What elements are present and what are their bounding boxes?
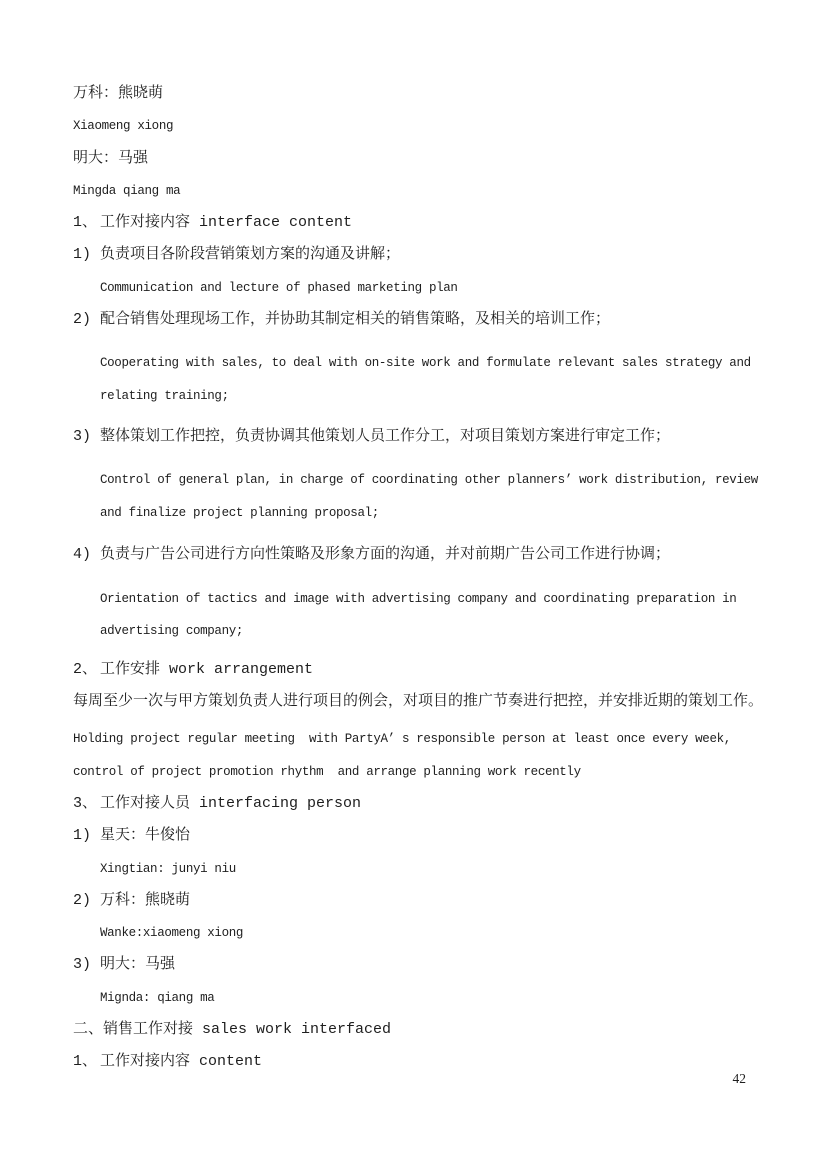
work-arrangement-body-en-line1: Holding project regular meeting with Par… bbox=[73, 723, 751, 755]
heading-sales-content: 1、 工作对接内容 content bbox=[73, 1046, 751, 1078]
heading-sales-work-number: 二、 bbox=[73, 1014, 103, 1046]
work-arrangement-body-en-line2: control of project promotion rhythm and … bbox=[73, 756, 751, 788]
interface-item-4-text-en-line2: advertising company; bbox=[100, 615, 751, 647]
interface-item-3-text-en-line2: and finalize project planning proposal; bbox=[100, 497, 751, 529]
contact-wanke-en: Xiaomeng xiong bbox=[73, 110, 751, 142]
person-2-name-en: Wanke:xiaomeng xiong bbox=[100, 917, 751, 949]
person-3-name-cn: 明大：马强 bbox=[100, 949, 751, 981]
contact-mingda-en: Mingda qiang ma bbox=[73, 175, 751, 207]
person-2-name-cn: 万科：熊晓萌 bbox=[100, 885, 751, 917]
person-1-name-cn: 星天：牛俊怡 bbox=[100, 820, 751, 852]
work-arrangement-body-cn: 每周至少一次与甲方策划负责人进行项目的例会，对项目的推广节奏进行把控，并安排近期… bbox=[73, 686, 751, 718]
contact-wanke-cn: 万科：熊晓萌 bbox=[73, 78, 751, 110]
person-2-cn: 2) 万科：熊晓萌 bbox=[73, 885, 751, 917]
interface-item-2-text-en-line2: relating training; bbox=[100, 380, 751, 412]
heading-interfacing-person-label: 工作对接人员 interfacing person bbox=[100, 788, 751, 820]
interface-item-3-cn: 3) 整体策划工作把控，负责协调其他策划人员工作分工，对项目策划方案进行审定工作… bbox=[73, 421, 751, 453]
interface-item-4-text-cn: 负责与广告公司进行方向性策略及形象方面的沟通，并对前期广告公司工作进行协调； bbox=[100, 539, 751, 571]
heading-sales-content-number: 1、 bbox=[73, 1046, 100, 1078]
interface-item-4-cn: 4) 负责与广告公司进行方向性策略及形象方面的沟通，并对前期广告公司工作进行协调… bbox=[73, 539, 751, 571]
heading-interface-content: 1、 工作对接内容 interface content bbox=[73, 207, 751, 239]
person-3-number: 3) bbox=[73, 949, 100, 981]
heading-work-arrangement: 2、 工作安排 work arrangement bbox=[73, 654, 751, 686]
heading-interfacing-person-number: 3、 bbox=[73, 788, 100, 820]
interface-item-2-number: 2) bbox=[73, 304, 100, 336]
interface-item-4-number: 4) bbox=[73, 539, 100, 571]
interface-item-3-text-cn: 整体策划工作把控，负责协调其他策划人员工作分工，对项目策划方案进行审定工作； bbox=[100, 421, 751, 453]
heading-work-arrangement-label: 工作安排 work arrangement bbox=[100, 654, 751, 686]
person-1-cn: 1) 星天：牛俊怡 bbox=[73, 820, 751, 852]
heading-interface-content-label: 工作对接内容 interface content bbox=[100, 207, 751, 239]
heading-sales-content-label: 工作对接内容 content bbox=[100, 1046, 751, 1078]
person-3-name-en: Mignda: qiang ma bbox=[100, 982, 751, 1014]
interface-item-4-text-en-line1: Orientation of tactics and image with ad… bbox=[100, 583, 751, 615]
document-body: 万科：熊晓萌 Xiaomeng xiong 明大：马强 Mingda qiang… bbox=[73, 78, 751, 1079]
page-number: 42 bbox=[733, 1071, 747, 1087]
person-1-number: 1) bbox=[73, 820, 100, 852]
interface-item-2-text-en-line1: Cooperating with sales, to deal with on-… bbox=[100, 347, 751, 379]
person-3-cn: 3) 明大：马强 bbox=[73, 949, 751, 981]
interface-item-1-text-en: Communication and lecture of phased mark… bbox=[100, 272, 751, 304]
heading-work-arrangement-number: 2、 bbox=[73, 654, 100, 686]
interface-item-1-text-cn: 负责项目各阶段营销策划方案的沟通及讲解； bbox=[100, 239, 751, 271]
interface-item-1-number: 1) bbox=[73, 239, 100, 271]
interface-item-1-cn: 1) 负责项目各阶段营销策划方案的沟通及讲解； bbox=[73, 239, 751, 271]
interface-item-3-text-en-line1: Control of general plan, in charge of co… bbox=[100, 464, 751, 496]
document-page: 万科：熊晓萌 Xiaomeng xiong 明大：马强 Mingda qiang… bbox=[0, 0, 820, 1159]
interface-item-3-number: 3) bbox=[73, 421, 100, 453]
heading-interface-content-number: 1、 bbox=[73, 207, 100, 239]
interface-item-2-text-cn: 配合销售处理现场工作，并协助其制定相关的销售策略，及相关的培训工作； bbox=[100, 304, 751, 336]
interface-item-2-cn: 2) 配合销售处理现场工作，并协助其制定相关的销售策略，及相关的培训工作； bbox=[73, 304, 751, 336]
person-2-number: 2) bbox=[73, 885, 100, 917]
heading-sales-work-label: 销售工作对接 sales work interfaced bbox=[103, 1014, 751, 1046]
heading-sales-work: 二、 销售工作对接 sales work interfaced bbox=[73, 1014, 751, 1046]
contact-mingda-cn: 明大：马强 bbox=[73, 143, 751, 175]
heading-interfacing-person: 3、 工作对接人员 interfacing person bbox=[73, 788, 751, 820]
person-1-name-en: Xingtian: junyi niu bbox=[100, 853, 751, 885]
